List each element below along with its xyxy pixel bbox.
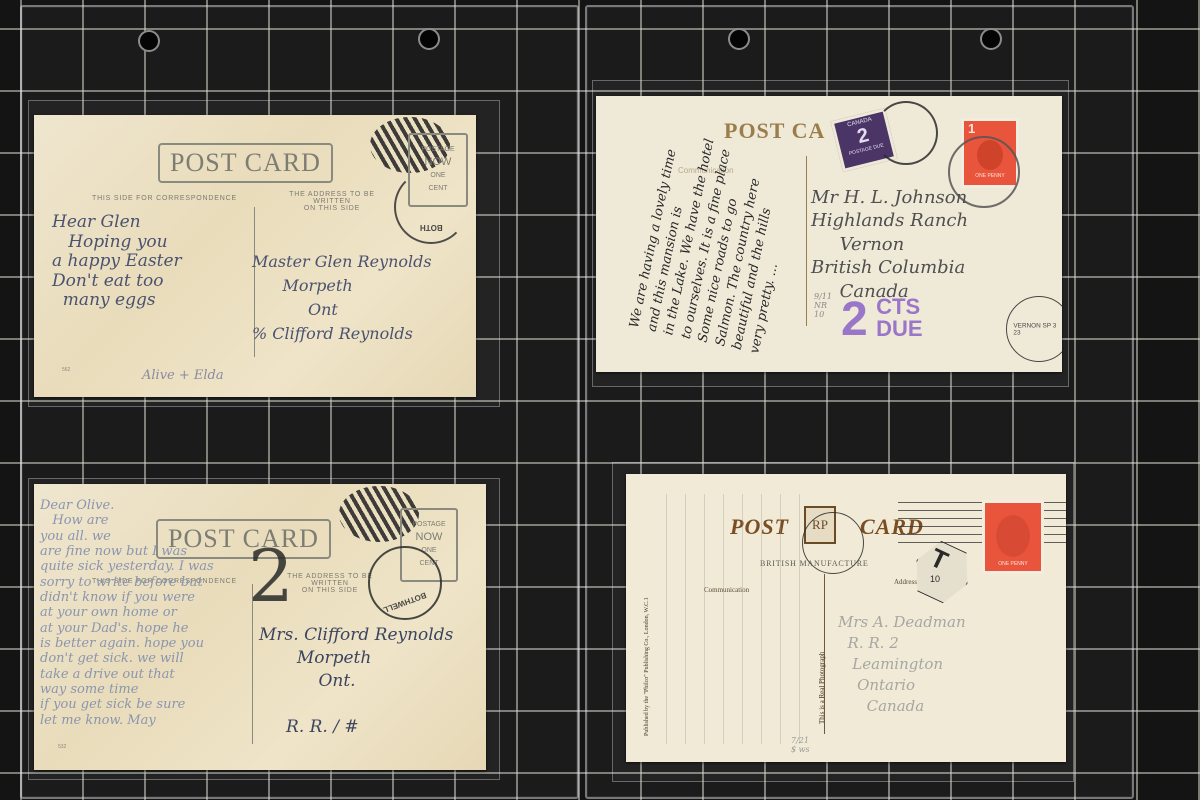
handwritten-message: Hear Glen Hoping you a happy Easter Don'… [52, 213, 182, 311]
postcard-bottom-left[interactable]: POST CARD THIS SIDE FOR CORRESPONDENCE T… [34, 484, 486, 770]
card-number: 532 [58, 744, 66, 750]
handwritten-address: Master Glen Reynolds Morpeth Ont % Cliff… [252, 250, 432, 346]
card-divider [806, 156, 807, 326]
postcard-header: POST CARD [158, 143, 333, 183]
bothwell-postmark: BOTHWELL [368, 546, 442, 620]
king-head-icon [996, 515, 1030, 557]
card-number: 562 [62, 367, 70, 373]
one-penny-stamp: ONE PENNY [982, 500, 1044, 574]
postmark [874, 101, 938, 165]
handwritten-address: Mrs. Clifford Reynolds Morpeth Ont. R. R… [259, 624, 453, 739]
correspondence-label: THIS SIDE FOR CORRESPONDENCE [92, 195, 237, 202]
handwritten-address: Mr H. L. Johnson Highlands Ranch Vernon … [811, 186, 968, 303]
postmark: BOTH [394, 170, 468, 244]
postcard-top-right[interactable]: POST CA Communication We are having a lo… [596, 96, 1062, 372]
handwritten-address: Mrs A. Deadman R. R. 2 Leamington Ontari… [838, 612, 966, 717]
address-label: Address [894, 578, 917, 586]
postage-due-handstamp: 2 CTS DUE [841, 296, 923, 344]
real-photo-label: This is a Real Photograph [818, 652, 826, 724]
binder-hole [418, 28, 440, 50]
due-mark: 2 [248, 534, 294, 618]
handwritten-message: Dear Olive. How are you all. we are fine… [40, 498, 214, 728]
tax-mark-value: 10 [930, 574, 940, 584]
binder-hole [728, 28, 750, 50]
address-label: THE ADDRESS TO BE WRITTEN ON THIS SIDE [272, 191, 392, 212]
handwritten-message [656, 494, 806, 744]
postcard-header: POST CA [724, 118, 825, 144]
binder-hole [980, 28, 1002, 50]
handwritten-signature: Alive + Elda [142, 369, 224, 384]
postcard-top-left[interactable]: POST CARD THIS SIDE FOR CORRESPONDENCE T… [34, 115, 476, 397]
publisher-label: Published by the "Philco" Publishing Co.… [644, 597, 650, 736]
vernon-postmark: VERNON SP 3 23 [1006, 296, 1062, 362]
postcard-bottom-right[interactable]: POST RP CARD BRITISH MANUFACTURE Communi… [626, 474, 1066, 762]
binder-hole [138, 30, 160, 52]
pencil-note: 9/11 NR 10 [814, 292, 832, 320]
handwritten-message: We are having a lovely time and this man… [626, 130, 805, 355]
